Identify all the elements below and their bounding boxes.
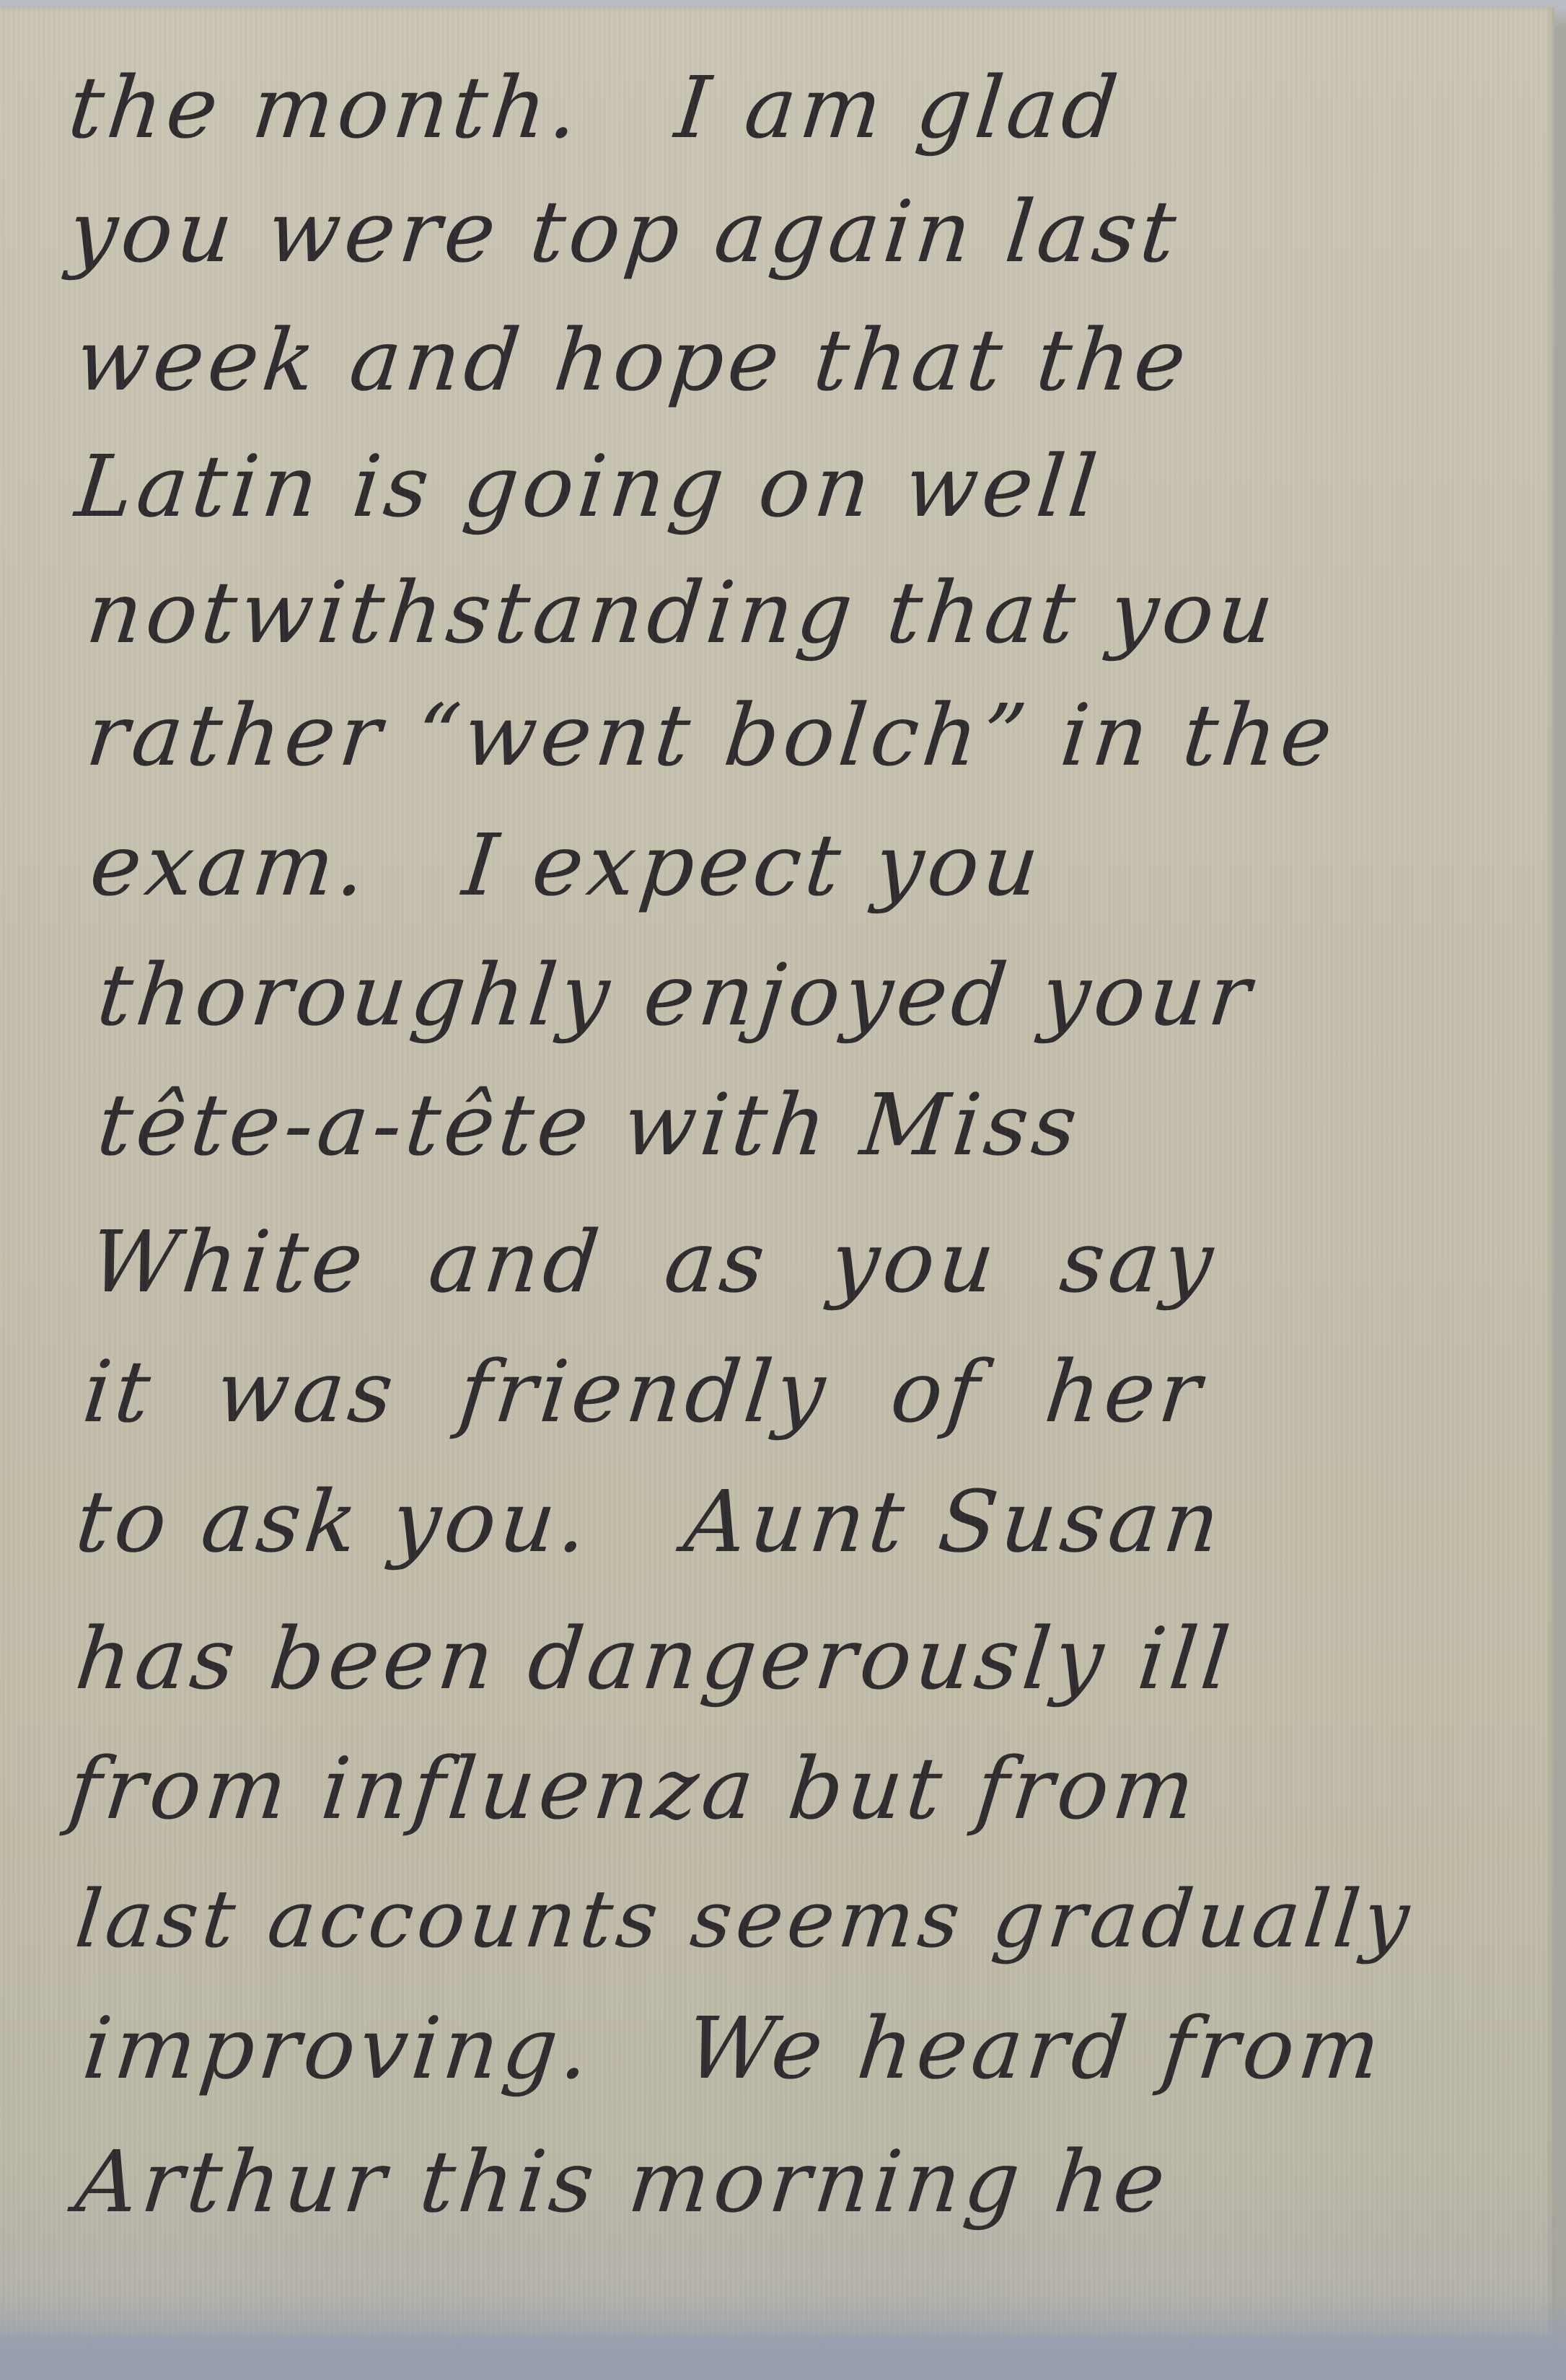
- handwritten-line-14: from influenza but from: [65, 1746, 1202, 1831]
- handwritten-line-10: White and as you say: [87, 1219, 1221, 1304]
- handwritten-line-2: you were top again last: [65, 189, 1184, 274]
- handwritten-line-1: the month. I am glad: [65, 65, 1126, 150]
- handwritten-line-8: thoroughly enjoyed your: [94, 952, 1259, 1037]
- handwritten-line-17: Arthur this morning he: [72, 2139, 1174, 2224]
- handwritten-line-7: exam. I expect you: [87, 822, 1047, 908]
- handwritten-line-11: it was friendly of her: [79, 1349, 1209, 1434]
- handwritten-line-12: to ask you. Aunt Susan: [72, 1479, 1228, 1564]
- letter-page: the month. I am glad you were top again …: [0, 7, 1554, 2337]
- handwritten-line-9: tête-a-tête with Miss: [94, 1082, 1085, 1167]
- handwritten-line-3: week and hope that the: [72, 317, 1194, 403]
- handwritten-line-6: rather “went bolch” in the: [83, 693, 1340, 778]
- handwritten-line-16: improving. We heard from: [79, 2006, 1389, 2091]
- handwritten-line-5: notwithstanding that you: [83, 570, 1282, 655]
- handwritten-line-4: Latin is going on well: [72, 444, 1105, 529]
- handwritten-line-13: has been dangerously ill: [72, 1616, 1238, 1701]
- handwritten-line-15: last accounts seems gradually: [72, 1879, 1417, 1959]
- page-bottom-shadow: [0, 2294, 1566, 2380]
